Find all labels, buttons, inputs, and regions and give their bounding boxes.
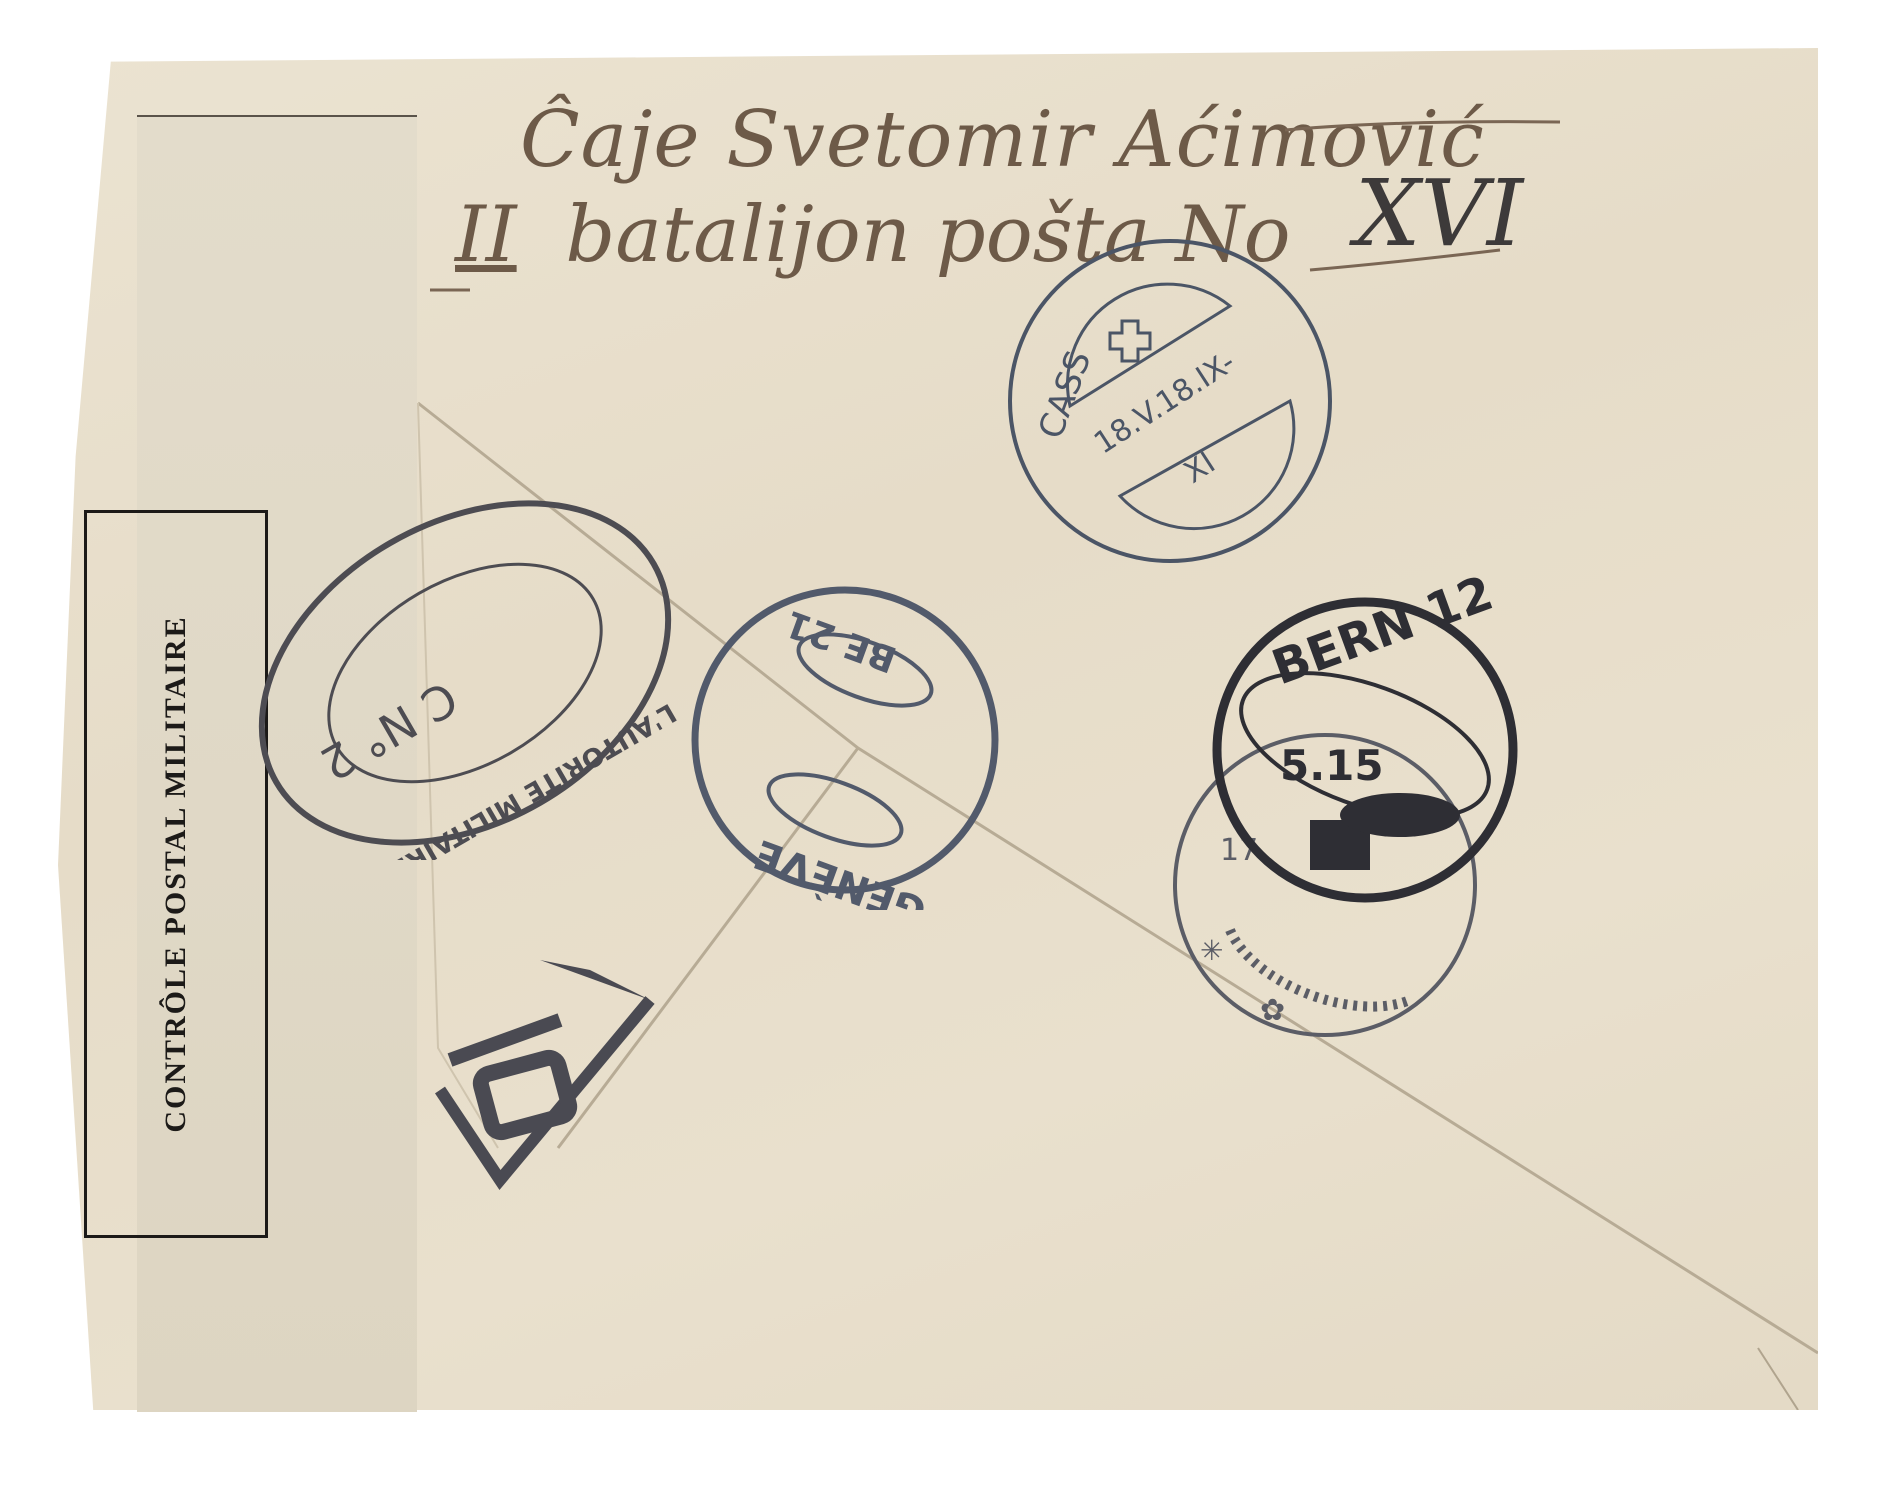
svg-text:✿: ✿ — [1260, 993, 1285, 1028]
svg-text:XI: XI — [1178, 445, 1222, 490]
bern-postmark-icon: BERN 12 5.15 — [1190, 575, 1540, 925]
censor-oval-postmark-icon: C N° 2 L'AUTORITÉ MILITAIRE — [235, 485, 695, 860]
svg-text:BE 21: BE 21 — [780, 602, 902, 680]
svg-text:5.15: 5.15 — [1280, 741, 1384, 790]
registration-mark-icon — [410, 930, 670, 1200]
geneva-postmark-icon: BE 21 GENÈVE — [675, 570, 1015, 910]
svg-text:18.V.18.IX-: 18.V.18.IX- — [1088, 345, 1242, 462]
cassarate-postmark-icon: 18.V.18.IX- XI CASS — [1000, 236, 1340, 566]
svg-text:✳: ✳ — [1200, 934, 1223, 967]
